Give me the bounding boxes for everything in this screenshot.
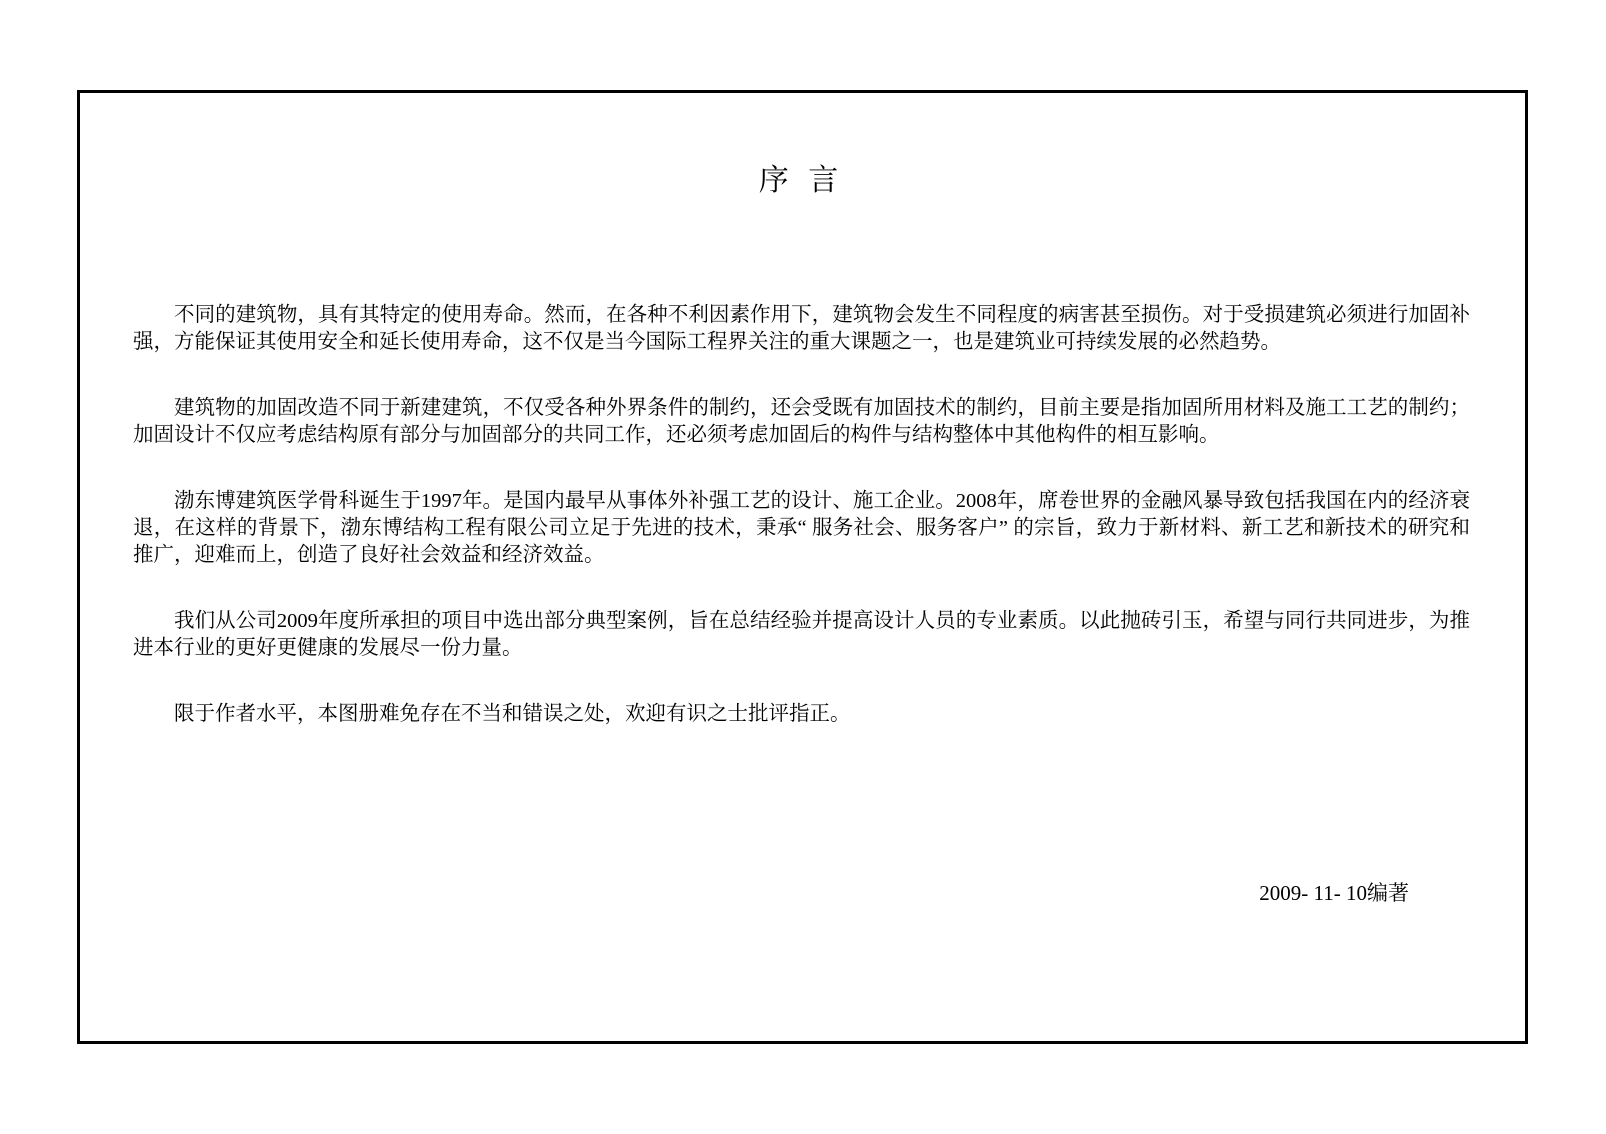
page-title: 序 言: [133, 163, 1470, 199]
preface-paragraph: 建筑物的加固改造不同于新建建筑，不仅受各种外界条件的制约，还会受既有加固技术的制…: [133, 395, 1470, 449]
preface-paragraph: 不同的建筑物，具有其特定的使用寿命。然而，在各种不利因素作用下，建筑物会发生不同…: [133, 302, 1470, 356]
date-line: 2009- 11- 10编著: [133, 880, 1470, 907]
page-content-area: 序 言 不同的建筑物，具有其特定的使用寿命。然而，在各种不利因素作用下，建筑物会…: [80, 163, 1525, 1111]
preface-paragraph: 渤东博建筑医学骨科诞生于1997年。是国内最早从事体外补强工艺的设计、施工企业。…: [133, 488, 1470, 569]
preface-paragraph: 限于作者水平，本图册难免存在不当和错误之处，欢迎有识之士批评指正。: [133, 701, 1470, 728]
page-canvas: 序 言 不同的建筑物，具有其特定的使用寿命。然而，在各种不利因素作用下，建筑物会…: [0, 0, 1606, 1134]
preface-body: 不同的建筑物，具有其特定的使用寿命。然而，在各种不利因素作用下，建筑物会发生不同…: [133, 302, 1470, 728]
page-border-frame: 序 言 不同的建筑物，具有其特定的使用寿命。然而，在各种不利因素作用下，建筑物会…: [77, 90, 1528, 1044]
preface-paragraph: 我们从公司2009年度所承担的项目中选出部分典型案例，旨在总结经验并提高设计人员…: [133, 608, 1470, 662]
